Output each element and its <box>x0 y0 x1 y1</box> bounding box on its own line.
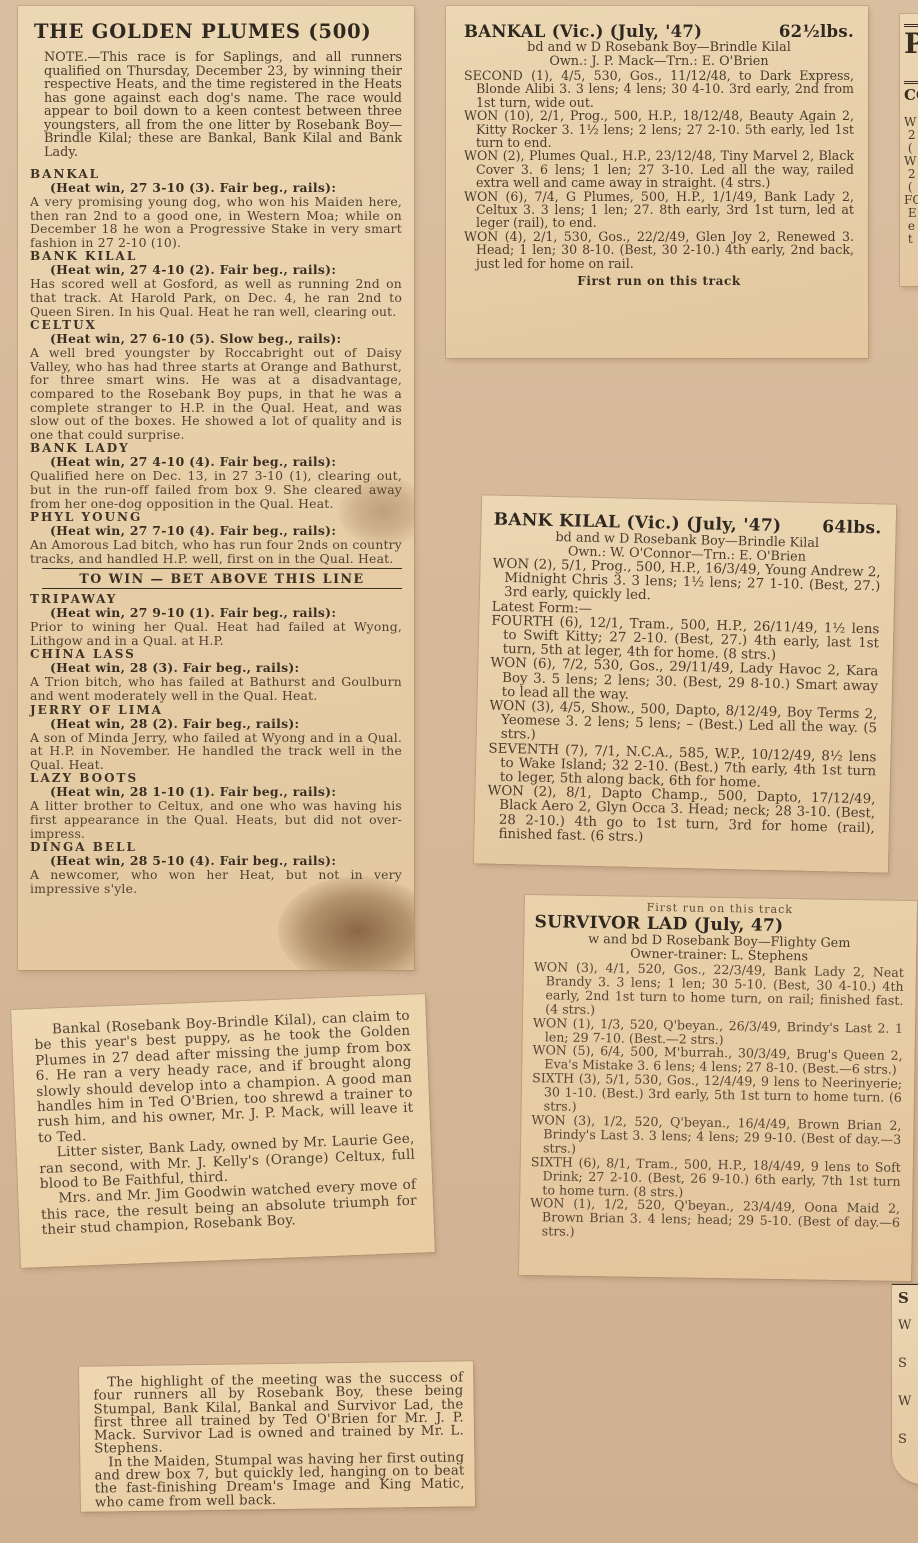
run-entry: WON (1), 1/2, 520, Q'beyan., 23/4/49, Oo… <box>530 1196 901 1244</box>
dog-name: BANK LADY <box>30 441 402 455</box>
dog-entry: PHYL YOUNG(Heat win, 27 7-10 (4). Fair b… <box>30 510 402 565</box>
form-title: BANKAL (Vic.) (July, '47) 62½lbs. <box>464 22 854 41</box>
heat-result: (Heat win, 28 5-10 (4). Fair beg., rails… <box>30 854 402 868</box>
bank-kilal-form-clipping: BANK KILAL (Vic.) (July, '47) 64lbs. bd … <box>474 495 896 872</box>
dog-name: LAZY BOOTS <box>30 771 402 785</box>
race-note: NOTE.—This race is for Saplings, and all… <box>30 51 402 159</box>
heat-result: (Heat win, 27 9-10 (1). Fair beg., rails… <box>30 606 402 620</box>
dog-description: Prior to wining her Qual. Heat had faile… <box>30 620 402 647</box>
dog-name: DINGA BELL <box>30 840 402 854</box>
heat-result: (Heat win, 28 1-10 (1). Fair beg., rails… <box>30 785 402 799</box>
run-entry: WON (4), 2/1, 530, Gos., 22/2/49, Glen J… <box>464 230 854 270</box>
dog-name: BANK KILAL <box>30 249 402 263</box>
dog-description: An Amorous Lad bitch, who has run four 2… <box>30 538 402 565</box>
bankal-report-clipping: Bankal (Rosebank Boy-Brindle Kilal), can… <box>11 994 435 1268</box>
form-footer: First run on this track <box>464 274 854 288</box>
dog-entry: BANK LADY(Heat win, 27 4-10 (4). Fair be… <box>30 441 402 510</box>
run-entry: WON (3), 4/1, 520, Gos., 22/3/49, Bank L… <box>533 960 904 1021</box>
run-list: FOURTH (6), 12/1, Tram., 500, H.P., 26/1… <box>486 614 879 850</box>
run-entry: WON (3), 1/2, 520, Q'beyan., 16/4/49, Br… <box>531 1113 902 1161</box>
partial-subtitle: CO <box>904 81 918 106</box>
entries-above-line: BANKAL(Heat win, 27 3-10 (3). Fair beg.,… <box>30 167 402 565</box>
dog-description: A well bred youngster by Roccabright out… <box>30 346 402 441</box>
heat-result: (Heat win, 27 7-10 (4). Fair beg., rails… <box>30 524 402 538</box>
dog-entry: BANKAL(Heat win, 27 3-10 (3). Fair beg.,… <box>30 167 402 249</box>
dog-name: PHYL YOUNG <box>30 510 402 524</box>
report-body: Bankal (Rosebank Boy-Brindle Kilal), can… <box>34 1009 418 1239</box>
run-entry: WON (6), 7/4, G Plumes, 500, H.P., 1/1/4… <box>464 190 854 230</box>
partial-title: P <box>904 24 918 61</box>
run-entry: SIXTH (3), 5/1, 530, Gos., 12/4/49, 9 le… <box>532 1071 903 1119</box>
heat-result: (Heat win, 27 6-10 (5). Slow beg., rails… <box>30 332 402 346</box>
dog-description: A very promising young dog, who won his … <box>30 195 402 249</box>
clipping-title: THE GOLDEN PLUMES (500) <box>34 20 402 43</box>
entries-below-line: TRIPAWAY(Heat win, 27 9-10 (1). Fair beg… <box>30 592 402 895</box>
dog-name-title: BANKAL (Vic.) (July, '47) <box>464 22 702 41</box>
dog-weight: 64lbs. <box>822 517 882 538</box>
highlight-report-clipping: The highlight of the meeting was the suc… <box>79 1361 475 1511</box>
dog-entry: DINGA BELL(Heat win, 28 5-10 (4). Fair b… <box>30 840 402 895</box>
dog-name: BANKAL <box>30 167 402 181</box>
dog-entry: CHINA LASS(Heat win, 28 (3). Fair beg., … <box>30 647 402 702</box>
bankal-form-clipping: BANKAL (Vic.) (July, '47) 62½lbs. bd and… <box>446 6 868 358</box>
report-paragraph: The highlight of the meeting was the suc… <box>93 1371 464 1456</box>
dog-description: A Trion bitch, who has failed at Bathurs… <box>30 675 402 702</box>
heat-result: (Heat win, 27 3-10 (3). Fair beg., rails… <box>30 181 402 195</box>
dog-name: TRIPAWAY <box>30 592 402 606</box>
heat-result: (Heat win, 28 (3). Fair beg., rails): <box>30 661 402 675</box>
golden-plumes-clipping: THE GOLDEN PLUMES (500) NOTE.—This race … <box>18 6 414 970</box>
dog-name: JERRY OF LIMA <box>30 703 402 717</box>
report-paragraph: In the Maiden, Stumpal was having her fi… <box>94 1451 465 1509</box>
owner-trainer: Own.: J. P. Mack—Trn.: E. O'Brien <box>464 55 854 69</box>
run-entry: SECOND (1), 4/5, 530, Gos., 11/12/48, to… <box>464 69 854 109</box>
dog-entry: CELTUX(Heat win, 27 6-10 (5). Slow beg.,… <box>30 318 402 441</box>
run-entry: SIXTH (6), 8/1, Tram., 500, H.P., 18/4/4… <box>530 1155 901 1203</box>
run-entry: WON (10), 2/1, Prog., 500, H.P., 18/12/4… <box>464 109 854 149</box>
dog-description: A litter brother to Celtux, and one who … <box>30 799 402 840</box>
dog-description: Qualified here on Dec. 13, in 27 3-10 (1… <box>30 469 402 510</box>
heat-result: (Heat win, 27 4-10 (4). Fair beg., rails… <box>30 455 402 469</box>
partial-text: W S W S <box>898 1307 918 1459</box>
run-list: SECOND (1), 4/5, 530, Gos., 11/12/48, to… <box>464 69 854 270</box>
run-entry: WON (2), 8/1, Dapto Champ., 500, Dapto, … <box>486 785 875 851</box>
dog-weight: 62½lbs. <box>779 22 854 41</box>
report-body: The highlight of the meeting was the suc… <box>93 1371 465 1509</box>
partial-title: S <box>898 1289 918 1307</box>
heat-result: (Heat win, 28 (2). Fair beg., rails): <box>30 717 402 731</box>
dog-name: CHINA LASS <box>30 647 402 661</box>
heat-result: (Heat win, 27 4-10 (2). Fair beg., rails… <box>30 263 402 277</box>
partial-clipping-bottom-right: S W S W S <box>892 1284 918 1484</box>
dog-name: CELTUX <box>30 318 402 332</box>
survivor-lad-form-clipping: First run on this track SURVIVOR LAD (Ju… <box>519 895 917 1281</box>
run-entry: WON (2), Plumes Qual., H.P., 23/12/48, T… <box>464 149 854 189</box>
dog-entry: LAZY BOOTS(Heat win, 28 1-10 (1). Fair b… <box>30 771 402 840</box>
dog-entry: BANK KILAL(Heat win, 27 4-10 (2). Fair b… <box>30 249 402 318</box>
report-paragraph: Bankal (Rosebank Boy-Brindle Kilal), can… <box>34 1009 414 1147</box>
partial-clipping-top-right: P CO W 2 ( W 2 ( FO E e t <box>900 14 918 286</box>
run-list: WON (3), 4/1, 520, Gos., 22/3/49, Bank L… <box>530 960 904 1244</box>
dog-description: A newcomer, who won her Heat, but not in… <box>30 868 402 895</box>
dog-entry: JERRY OF LIMA(Heat win, 28 (2). Fair beg… <box>30 703 402 772</box>
partial-text: W 2 ( W 2 ( FO E e t <box>904 116 918 246</box>
dog-entry: TRIPAWAY(Heat win, 27 9-10 (1). Fair beg… <box>30 592 402 647</box>
bet-divider: TO WIN — BET ABOVE THIS LINE <box>42 568 402 589</box>
dog-description: A son of Minda Jerry, who failed at Wyon… <box>30 731 402 772</box>
dog-description: Has scored well at Gosford, as well as r… <box>30 277 402 318</box>
breeding: bd and w D Rosebank Boy—Brindle Kilal <box>464 41 854 55</box>
